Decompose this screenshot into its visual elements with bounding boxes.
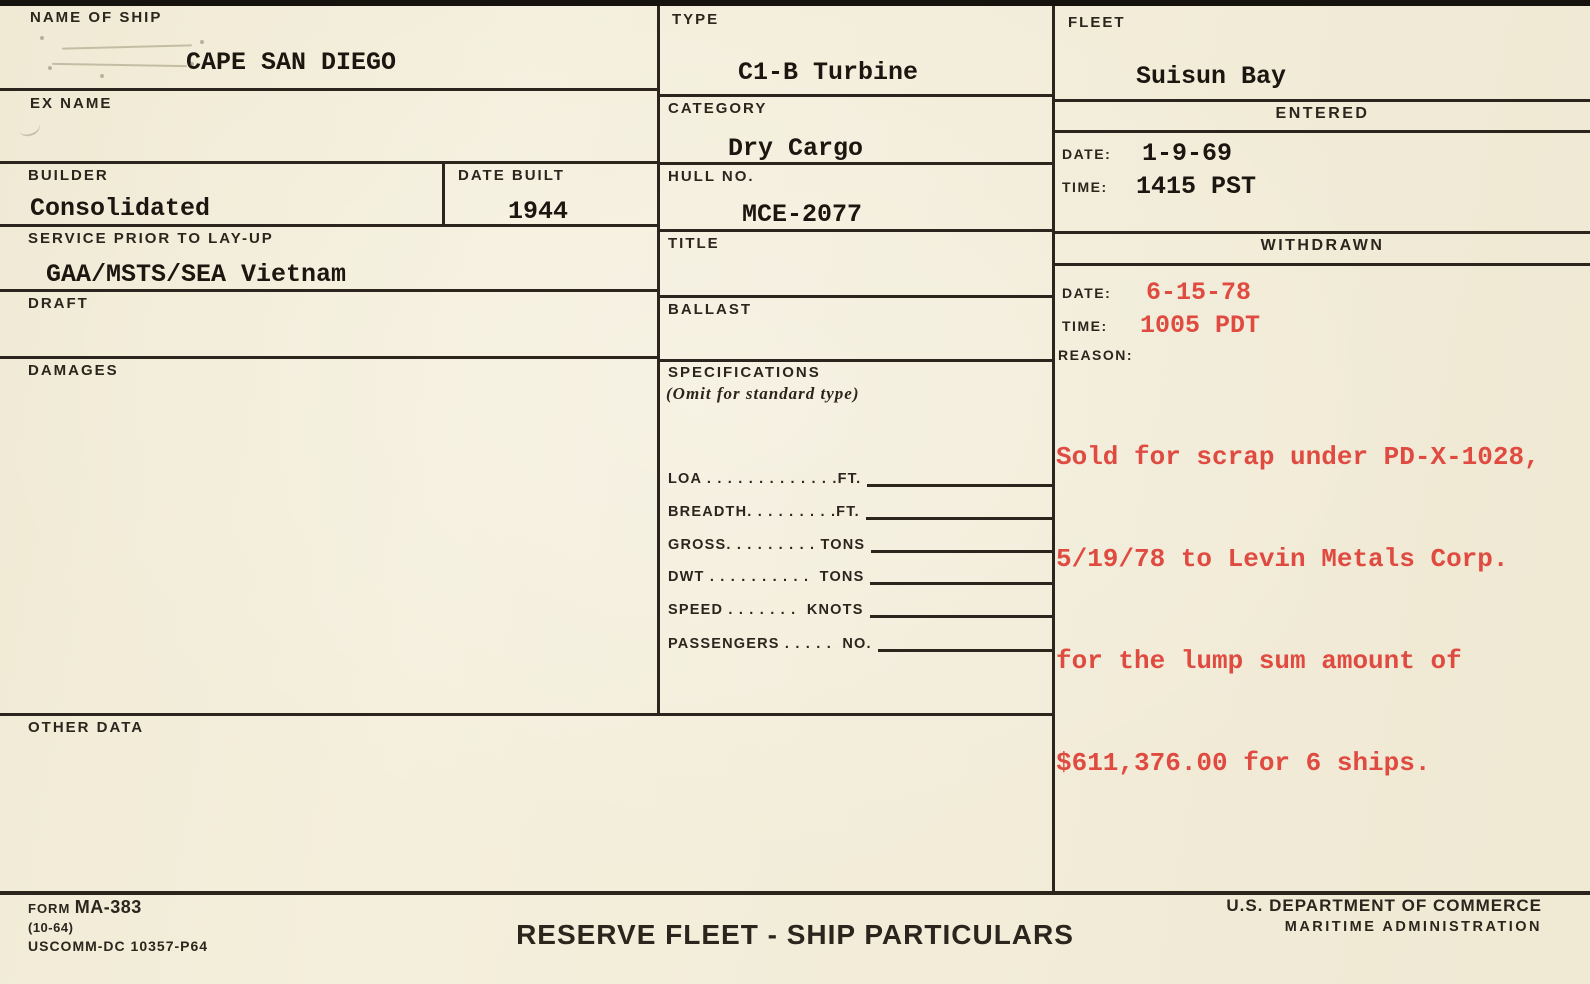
ballast-label: BALLAST <box>668 301 752 318</box>
agency-block: U.S. DEPARTMENT OF COMMERCE MARITIME ADM… <box>1226 896 1542 935</box>
withdrawn-header: WITHDRAWN <box>1055 237 1590 255</box>
spec-blank-line <box>866 503 1052 520</box>
agency-line1: U.S. DEPARTMENT OF COMMERCE <box>1226 896 1542 916</box>
scan-top-edge <box>0 0 1590 6</box>
reason-line: Sold for scrap under PD-X-1028, <box>1056 440 1586 474</box>
spec-row-label: SPEED . . . . . . . KNOTS <box>668 602 864 618</box>
category-value: Dry Cargo <box>728 134 863 163</box>
spec-row-label: DWT . . . . . . . . . . TONS <box>668 569 864 585</box>
line-under-ballast <box>657 359 1055 362</box>
entered-date-value: 1-9-69 <box>1142 139 1232 168</box>
line-under-title <box>657 295 1055 298</box>
reason-line: 5/19/78 to Levin Metals Corp. <box>1056 542 1586 576</box>
divider-builder-datebuilt <box>442 162 445 226</box>
date-built-value: 1944 <box>508 197 568 226</box>
spec-row-passengers: PASSENGERS . . . . . NO. <box>668 635 1052 652</box>
withdrawn-reason-text: Sold for scrap under PD-X-1028, 5/19/78 … <box>1056 372 1586 848</box>
spec-row-dwt: DWT . . . . . . . . . . TONS <box>668 568 1052 585</box>
reason-line: for the lump sum amount of <box>1056 644 1586 678</box>
withdrawn-date-label: DATE: <box>1062 285 1111 301</box>
agency-line2: MARITIME ADMINISTRATION <box>1226 919 1542 935</box>
draft-label: DRAFT <box>28 295 89 312</box>
service-prior-label: SERVICE PRIOR TO LAY-UP <box>28 230 274 247</box>
spec-row-speed: SPEED . . . . . . . KNOTS <box>668 601 1052 618</box>
hull-no-value: MCE-2077 <box>742 200 862 229</box>
form-number: MA-383 <box>75 897 142 917</box>
other-data-label: OTHER DATA <box>28 719 144 736</box>
damages-label: DAMAGES <box>28 362 119 379</box>
line-under-damages <box>0 713 1055 716</box>
specifications-note: (Omit for standard type) <box>666 384 860 404</box>
withdrawn-reason-label: REASON: <box>1058 347 1133 363</box>
entered-date-label: DATE: <box>1062 146 1111 162</box>
spec-row-label: PASSENGERS . . . . . NO. <box>668 636 872 652</box>
spec-row-loa: LOA . . . . . . . . . . . . .FT. <box>668 470 1052 487</box>
date-built-label: DATE BUILT <box>458 167 565 184</box>
line-under-type <box>657 94 1055 97</box>
category-label: CATEGORY <box>668 100 767 117</box>
spec-blank-line <box>870 568 1052 585</box>
spec-blank-line <box>871 536 1052 553</box>
entered-time-value: 1415 PST <box>1136 172 1256 201</box>
withdrawn-time-value: 1005 PDT <box>1140 311 1260 340</box>
title-label: TITLE <box>668 235 720 252</box>
spec-blank-line <box>867 470 1052 487</box>
line-under-service <box>0 289 659 292</box>
line-under-name <box>0 88 659 91</box>
form-prefix: FORM <box>28 901 70 916</box>
builder-label: BUILDER <box>28 167 109 184</box>
name-of-ship-label: NAME OF SHIP <box>30 9 162 26</box>
entered-header: ENTERED <box>1055 105 1590 123</box>
fleet-label: FLEET <box>1068 14 1126 31</box>
pencil-smudge <box>16 115 42 139</box>
withdrawn-time-label: TIME: <box>1062 318 1108 334</box>
entered-time-label: TIME: <box>1062 179 1108 195</box>
builder-value: Consolidated <box>30 194 210 223</box>
spec-row-label: BREADTH. . . . . . . . .FT. <box>668 504 860 520</box>
withdrawn-date-value: 6-15-78 <box>1146 278 1251 307</box>
erasure-mark <box>40 30 220 82</box>
type-label: TYPE <box>672 11 719 28</box>
spec-row-gross: GROSS. . . . . . . . . TONS <box>668 536 1052 553</box>
ex-name-label: EX NAME <box>30 95 112 112</box>
hull-no-label: HULL NO. <box>668 168 755 185</box>
ship-particulars-card: NAME OF SHIP CAPE SAN DIEGO EX NAME BUIL… <box>0 0 1590 984</box>
line-under-hullno <box>657 229 1055 232</box>
line-above-withdrawn <box>1052 231 1590 234</box>
specifications-label: SPECIFICATIONS <box>668 364 821 381</box>
line-under-exname <box>0 161 659 164</box>
line-under-draft <box>0 356 659 359</box>
spec-row-breadth: BREADTH. . . . . . . . .FT. <box>668 503 1052 520</box>
card-bottom-border <box>0 891 1590 895</box>
reason-line: $611,376.00 for 6 ships. <box>1056 746 1586 780</box>
spec-blank-line <box>870 601 1052 618</box>
spec-row-label: LOA . . . . . . . . . . . . .FT. <box>668 471 861 487</box>
line-under-fleet <box>1052 99 1590 102</box>
divider-middle-right <box>1052 6 1055 893</box>
line-under-withdrawn-header <box>1052 263 1590 266</box>
line-under-entered-header <box>1052 130 1590 133</box>
fleet-value: Suisun Bay <box>1136 62 1286 91</box>
type-value: C1-B Turbine <box>738 58 918 87</box>
service-prior-value: GAA/MSTS/SEA Vietnam <box>46 260 346 289</box>
spec-row-label: GROSS. . . . . . . . . TONS <box>668 537 865 553</box>
spec-blank-line <box>878 635 1052 652</box>
